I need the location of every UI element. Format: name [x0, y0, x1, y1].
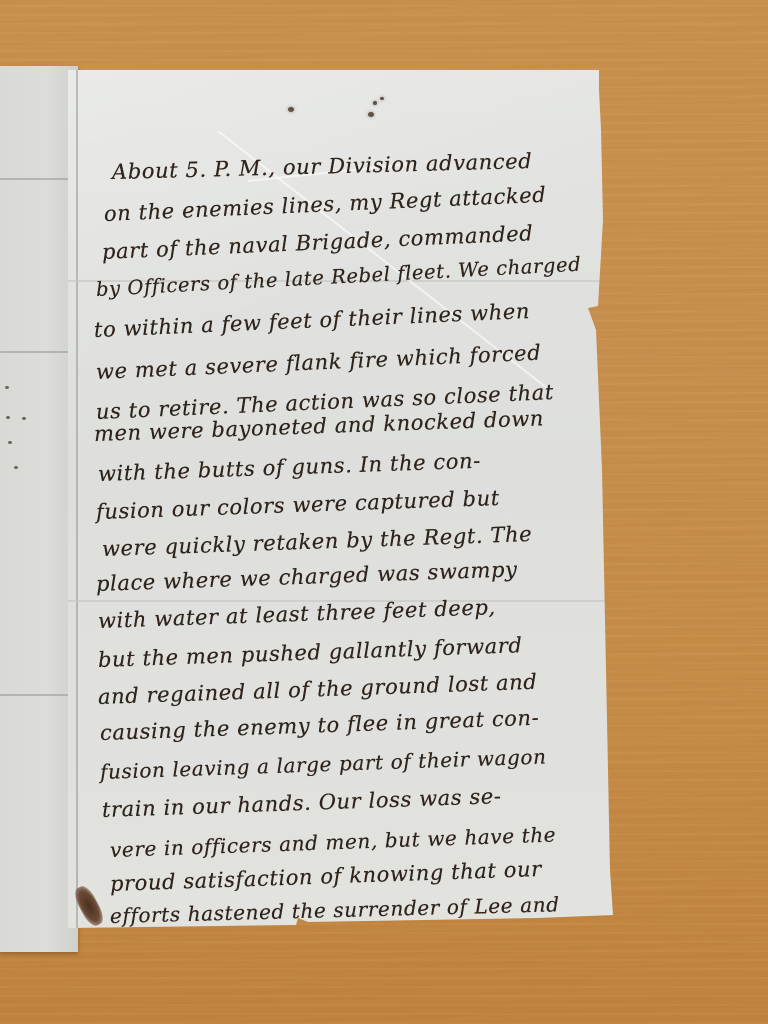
- pin-hole: [6, 416, 10, 419]
- pin-hole: [5, 386, 9, 389]
- pin-hole: [22, 417, 26, 420]
- fold-line: [76, 70, 78, 950]
- paper-hole: [380, 97, 384, 100]
- fold-line: [0, 178, 78, 180]
- pin-hole: [8, 441, 12, 444]
- paper-hole: [368, 112, 374, 117]
- paper-hole: [373, 101, 377, 105]
- left-page-fold: [0, 66, 78, 952]
- pin-hole: [14, 466, 18, 469]
- fold-line: [0, 351, 78, 353]
- paper-hole: [288, 107, 294, 112]
- fold-line: [0, 694, 78, 696]
